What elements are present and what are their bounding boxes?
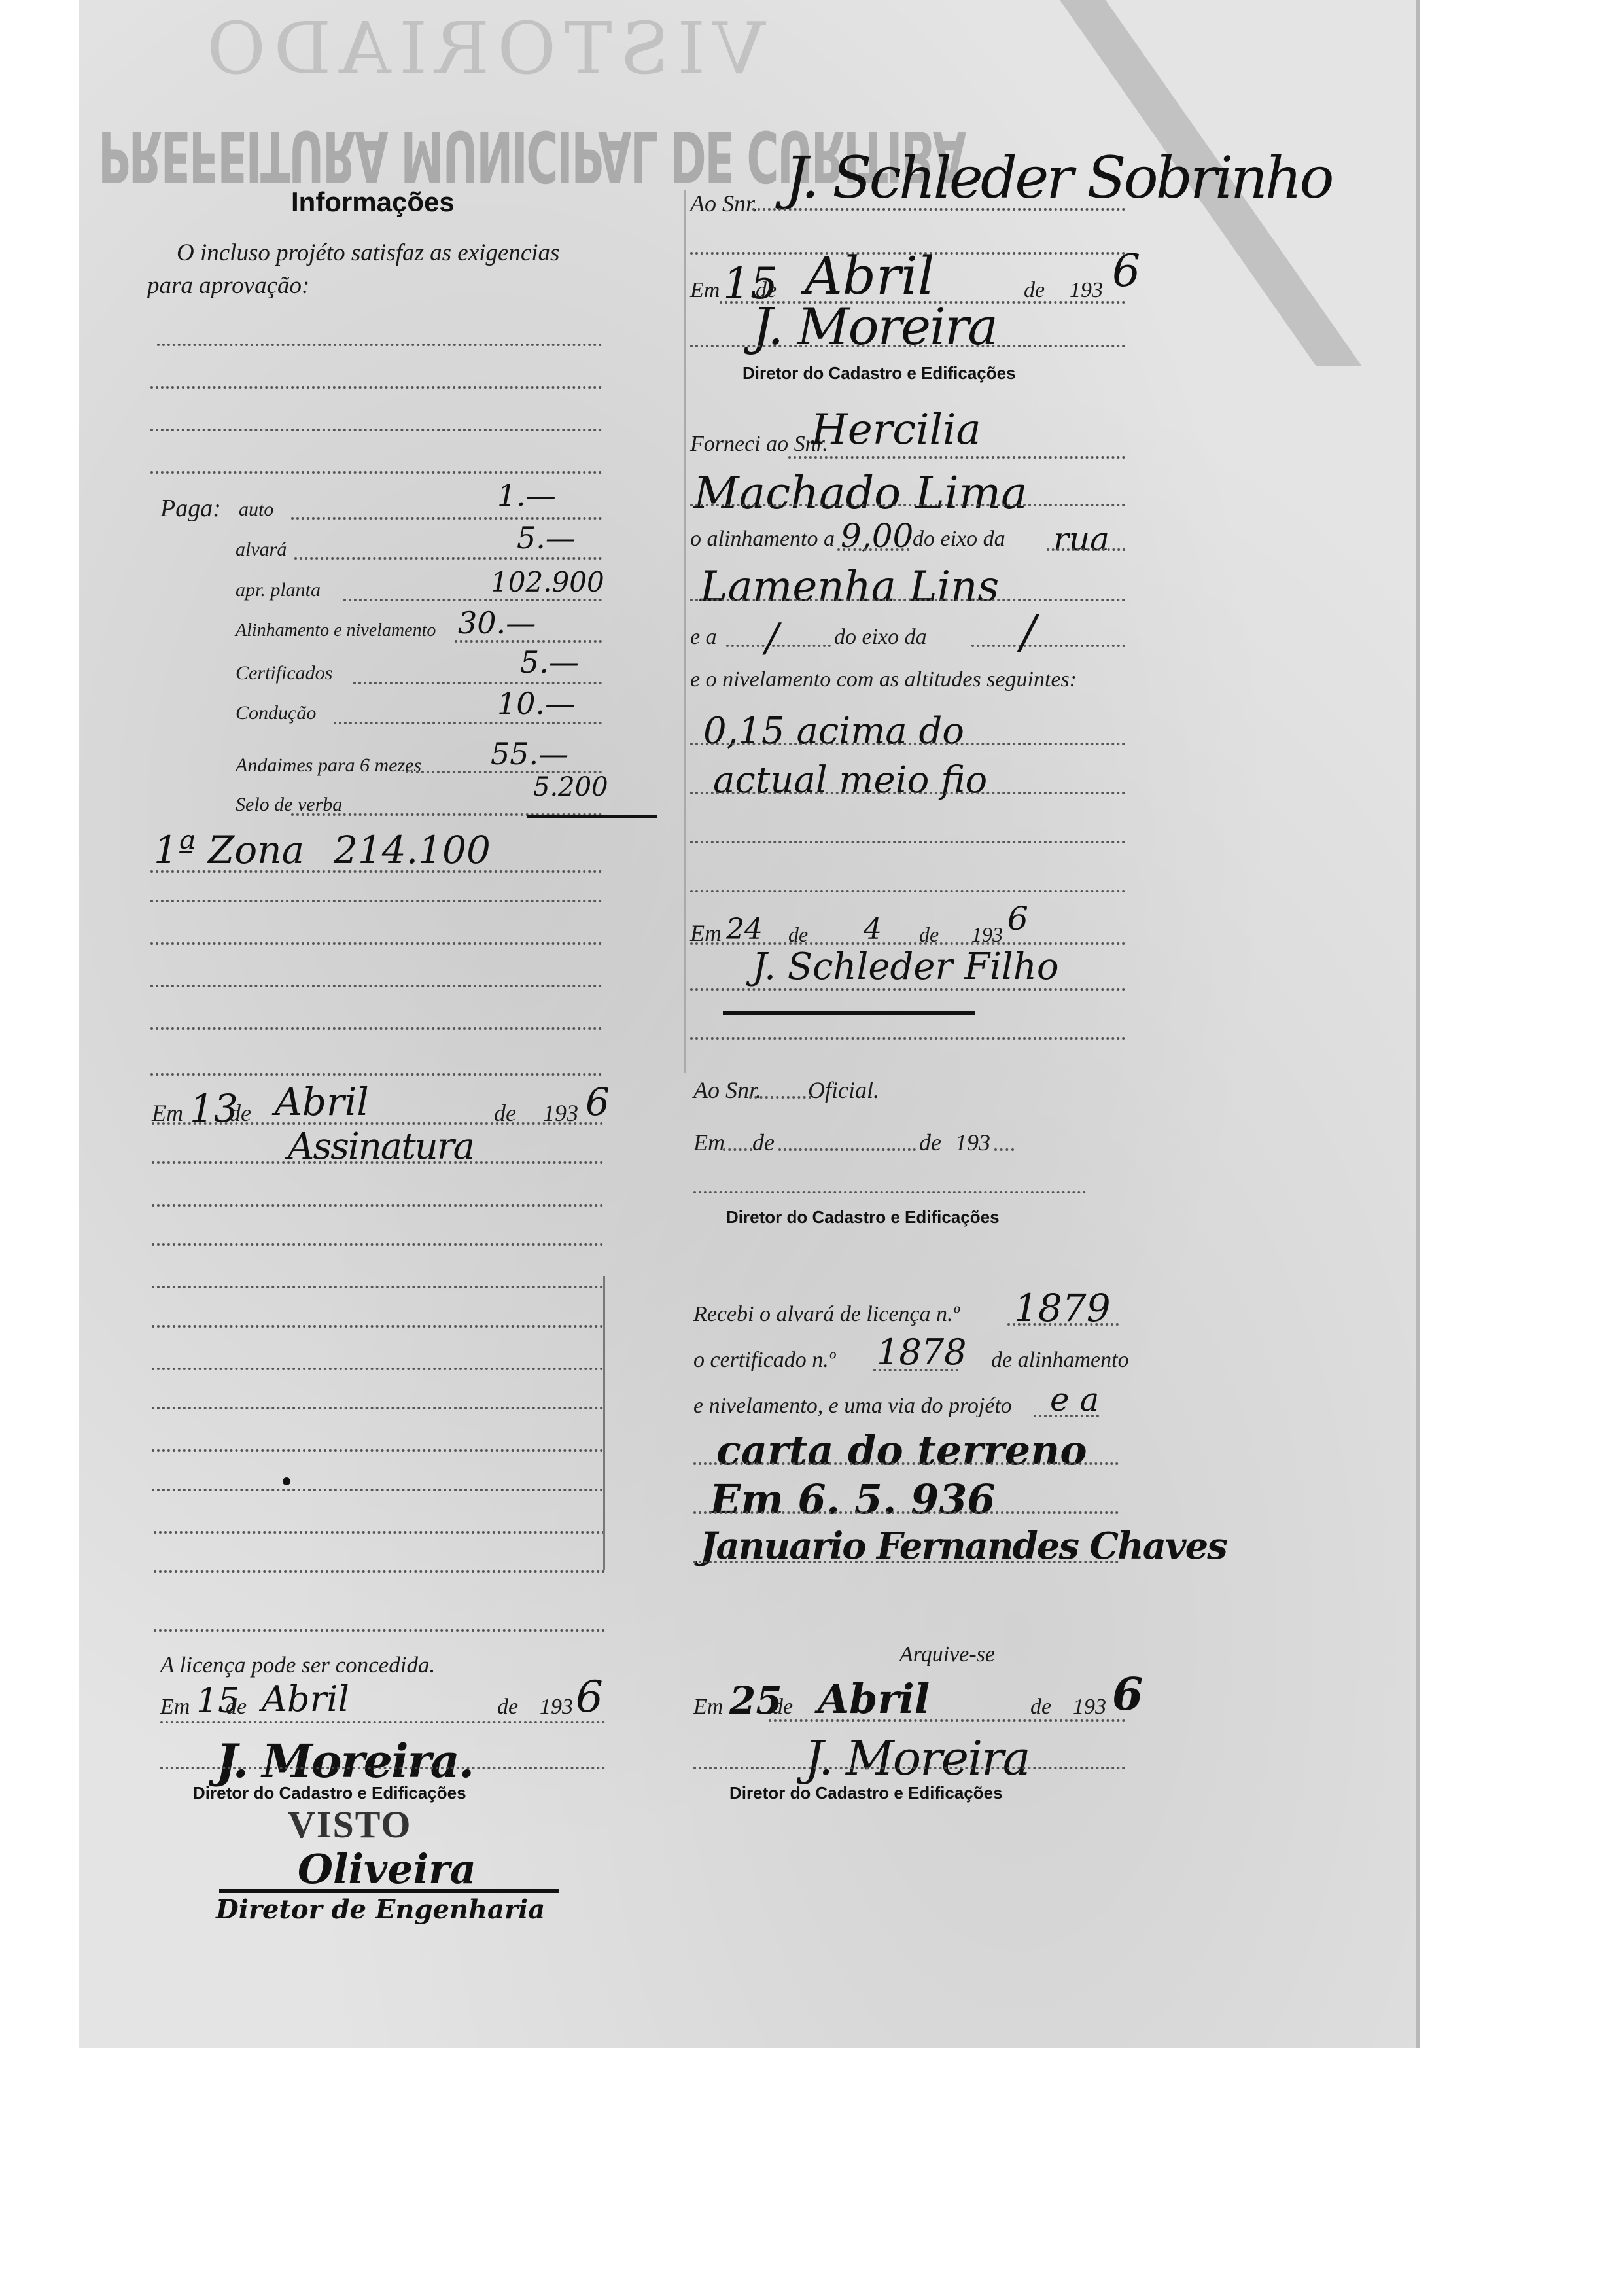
fees-total: 214.100 bbox=[334, 828, 491, 872]
blank-line bbox=[152, 1407, 603, 1409]
fee-value: 55.— bbox=[491, 736, 568, 771]
blank-line bbox=[150, 942, 602, 945]
blank-line bbox=[150, 985, 602, 987]
intro-line-2: para aprovação: bbox=[147, 272, 309, 300]
fee-value: 5.— bbox=[520, 645, 579, 680]
fee-line bbox=[294, 557, 602, 560]
date-prefix: Em bbox=[160, 1695, 190, 1720]
blank-line bbox=[152, 1243, 603, 1246]
nivelamento-label: e o nivelamento com as altitudes seguint… bbox=[690, 667, 1077, 692]
value-line bbox=[1034, 1415, 1099, 1417]
fee-value: 5.200 bbox=[533, 772, 608, 802]
date-line bbox=[769, 1719, 1125, 1722]
fee-line bbox=[343, 599, 602, 601]
signatory-title: Diretor do Cadastro e Edificações bbox=[726, 1207, 1000, 1227]
receipt-line bbox=[693, 1511, 1119, 1514]
signature: J. Moreira bbox=[752, 298, 997, 357]
recipient-line bbox=[690, 504, 1125, 506]
section-heading: Informações bbox=[291, 186, 455, 218]
receipt-line bbox=[693, 1462, 1119, 1465]
date-year-suffix: 6 bbox=[1112, 1669, 1143, 1721]
date-de: de bbox=[1030, 1695, 1051, 1720]
fee-value: 102.900 bbox=[491, 566, 604, 598]
fee-label: Condução bbox=[236, 702, 316, 724]
alinhamento-label: o alinhamento a bbox=[690, 527, 835, 552]
value-line bbox=[1047, 548, 1125, 551]
ea-eixo-label: do eixo da bbox=[834, 625, 927, 650]
nivelamento-line bbox=[690, 743, 1125, 745]
ghost-letterhead: PREFEITURA MUNICIPAL DE CURITIBA bbox=[98, 111, 852, 196]
fee-label: Alinhamento e nivelamento bbox=[236, 620, 436, 641]
blank-line bbox=[690, 841, 1125, 843]
date-de: de bbox=[772, 1695, 793, 1720]
fee-line bbox=[291, 517, 602, 520]
certificado-number: 1878 bbox=[877, 1332, 966, 1373]
date-year-suffix: 6 bbox=[576, 1672, 603, 1722]
fee-label: auto bbox=[239, 499, 273, 521]
eixo-value: rua bbox=[1053, 520, 1109, 558]
blank-line bbox=[150, 429, 602, 431]
fee-line bbox=[353, 682, 602, 684]
value-line bbox=[837, 548, 909, 551]
ao-snr-label: Ao Snr. bbox=[690, 190, 758, 217]
value-line bbox=[749, 1096, 811, 1099]
ao-snr-label: Ao Snr. bbox=[693, 1076, 761, 1104]
receipt-date: Em 6. 5. 936 bbox=[710, 1475, 995, 1523]
signature-line bbox=[693, 1767, 1125, 1769]
date-line bbox=[723, 1148, 752, 1151]
date-prefix: Em bbox=[693, 1695, 723, 1720]
fee-label: Andaimes para 6 mezes bbox=[236, 754, 421, 777]
projeto-value: e a bbox=[1050, 1381, 1099, 1419]
fee-label: alvará bbox=[236, 539, 287, 561]
date-de: de bbox=[226, 1695, 247, 1720]
fee-line bbox=[334, 722, 602, 724]
signature: Oliveira bbox=[298, 1845, 476, 1893]
blank-line bbox=[690, 890, 1125, 892]
nivelamento-line-1: 0,15 acima do bbox=[703, 710, 964, 752]
blank-line bbox=[150, 900, 602, 902]
street-name: Lamenha Lins bbox=[700, 563, 999, 611]
recipient-line bbox=[788, 456, 1125, 459]
visto-stamp: VISTO bbox=[288, 1803, 411, 1846]
addressee-name: J. Schleder Sobrinho bbox=[785, 144, 1331, 211]
signature: J. Schleder Filho bbox=[752, 945, 1059, 988]
forneci-label: Forneci ao Snr. bbox=[690, 432, 828, 457]
nivelamento-line-2: actual meio fio bbox=[713, 759, 987, 802]
signature-line bbox=[690, 345, 1125, 347]
underline-stroke bbox=[527, 815, 657, 818]
ea-label: e a bbox=[690, 625, 717, 650]
date-year-suffix: 6 bbox=[1007, 900, 1028, 938]
signature: J. Moreira. bbox=[216, 1734, 473, 1788]
blank-line bbox=[152, 1325, 603, 1328]
date-prefix: Em bbox=[693, 1129, 725, 1156]
fee-label: apr. planta bbox=[236, 579, 321, 601]
date-day: 24 bbox=[726, 913, 763, 946]
ghost-stamp: VISTORIADO bbox=[307, 7, 765, 105]
signatory-title: Diretor do Cadastro e Edificações bbox=[742, 363, 1016, 383]
fee-value: 5.— bbox=[517, 520, 576, 556]
date-month: 4 bbox=[864, 913, 882, 946]
fee-label: Selo de verba bbox=[236, 794, 342, 816]
blank-line bbox=[690, 1037, 1125, 1040]
column-divider bbox=[684, 190, 686, 1073]
certificado-suffix: de alinhamento bbox=[991, 1348, 1129, 1373]
blank-line bbox=[152, 1489, 603, 1491]
fee-label: Certificados bbox=[236, 662, 332, 684]
zone-label: 1ª Zona bbox=[154, 828, 304, 872]
addressee-line bbox=[752, 208, 1125, 211]
archive-label: Arquive-se bbox=[899, 1642, 995, 1667]
signature-underline bbox=[723, 1011, 975, 1015]
signature-line bbox=[160, 1767, 605, 1769]
blank-line bbox=[154, 1570, 605, 1573]
fee-value: 1.— bbox=[497, 478, 556, 513]
projeto-label: e nivelamento, e uma via do projéto bbox=[693, 1394, 1012, 1419]
receipt-line-4: carta do terreno bbox=[716, 1426, 1087, 1474]
blank-line bbox=[152, 1286, 603, 1288]
blank-line bbox=[152, 1161, 603, 1164]
ink-dot bbox=[283, 1477, 290, 1485]
oficial-label: Oficial. bbox=[808, 1076, 879, 1104]
signature-line bbox=[690, 988, 1125, 991]
blank-line bbox=[152, 1368, 603, 1370]
signature-line bbox=[693, 1191, 1086, 1193]
eixo-label: do eixo da bbox=[913, 527, 1005, 552]
date-year-prefix: 193 bbox=[1070, 278, 1103, 303]
date-line bbox=[778, 1148, 916, 1151]
recipient-name-1: Hercilia bbox=[811, 406, 981, 454]
fees-label: Paga: bbox=[160, 494, 221, 523]
blank-line bbox=[152, 1449, 603, 1452]
blank-line bbox=[150, 1073, 602, 1076]
blank-line bbox=[150, 386, 602, 389]
fee-value: 10.— bbox=[497, 686, 575, 721]
date-line bbox=[690, 942, 1125, 945]
date-month: Abril bbox=[262, 1678, 349, 1720]
signatory-title: Diretor de Engenharia bbox=[216, 1894, 545, 1925]
signatory-title: Diretor do Cadastro e Edificações bbox=[729, 1783, 1003, 1803]
date-line bbox=[160, 1721, 605, 1723]
recipient-name-2: Machado Lima bbox=[693, 468, 1028, 520]
date-prefix: Em bbox=[690, 278, 720, 303]
signature-line bbox=[693, 1561, 1119, 1563]
intro-line-1: O incluso projéto satisfaz as exigencias bbox=[177, 239, 559, 267]
date-year-suffix: 6 bbox=[1112, 245, 1140, 297]
blank-line bbox=[154, 1629, 605, 1632]
date-year-prefix: 193 bbox=[1073, 1695, 1106, 1720]
ea-eixo-value: / bbox=[1021, 605, 1036, 659]
date-year-prefix: 193 bbox=[955, 1129, 990, 1156]
date-month: Abril bbox=[818, 1675, 930, 1723]
blank-line bbox=[152, 1204, 603, 1207]
blank-line bbox=[157, 344, 602, 346]
certificado-label: o certificado n.º bbox=[693, 1348, 835, 1373]
street-line bbox=[690, 599, 1125, 601]
date-year-prefix: 193 bbox=[540, 1695, 573, 1720]
date-line bbox=[994, 1148, 1014, 1151]
nivelamento-line bbox=[690, 792, 1125, 794]
date-de: de bbox=[1024, 278, 1045, 303]
date-de: de bbox=[752, 1129, 775, 1156]
blank-line bbox=[150, 1027, 602, 1030]
approval-text: A licença pode ser concedida. bbox=[160, 1652, 435, 1678]
value-line bbox=[971, 645, 1125, 647]
value-line bbox=[1007, 1323, 1119, 1326]
fee-value: 30.— bbox=[458, 605, 536, 641]
blank-line bbox=[150, 870, 602, 873]
date-de: de bbox=[919, 1129, 941, 1156]
value-line bbox=[873, 1369, 958, 1371]
blank-line bbox=[150, 471, 602, 474]
date-line bbox=[152, 1122, 603, 1125]
date-de: de bbox=[497, 1695, 518, 1720]
signature-line bbox=[219, 1889, 559, 1893]
ea-value: / bbox=[765, 615, 778, 661]
date-month: Abril bbox=[275, 1080, 369, 1124]
margin-line bbox=[603, 1276, 605, 1570]
signatory-title: Diretor do Cadastro e Edificações bbox=[193, 1783, 466, 1803]
blank-line bbox=[154, 1531, 605, 1534]
alvara-label: Recebi o alvará de licença n.º bbox=[693, 1302, 960, 1327]
date-year-suffix: 6 bbox=[585, 1080, 610, 1124]
signature: J. Moreira bbox=[805, 1731, 1030, 1786]
